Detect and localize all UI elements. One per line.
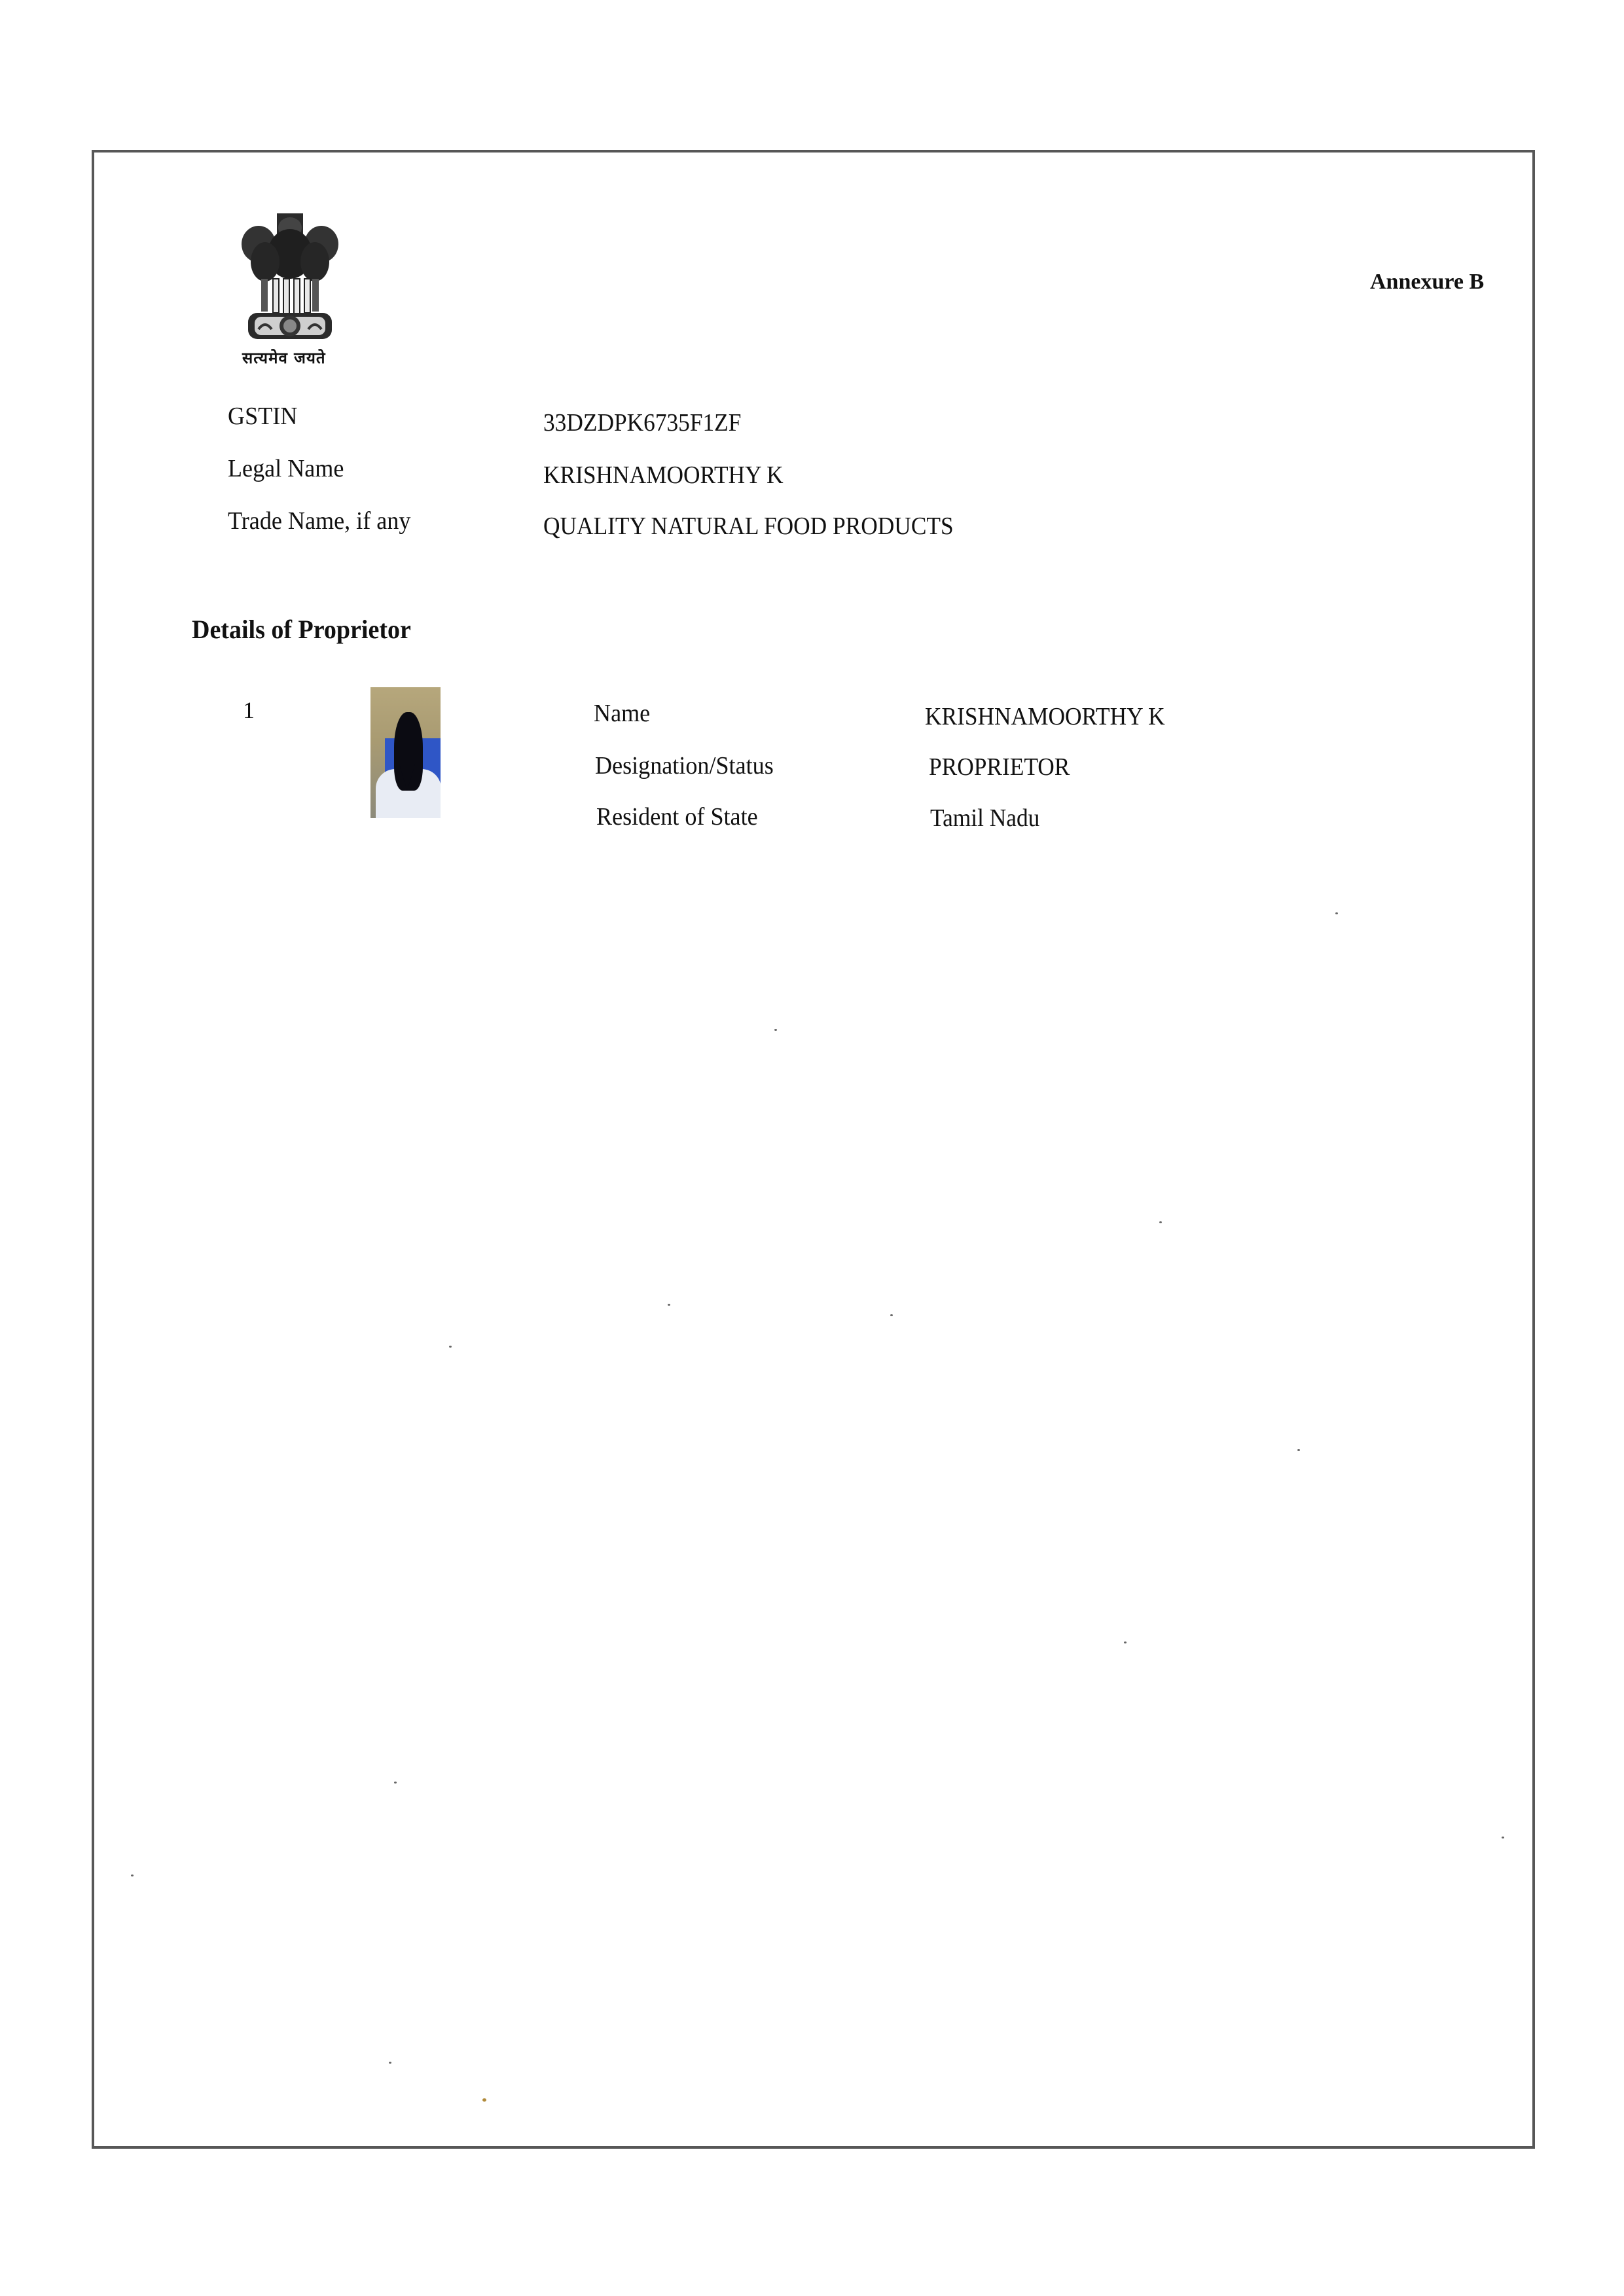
scan-speck	[1297, 1449, 1300, 1451]
emblem-motto: सत्यमेव जयते	[242, 347, 326, 368]
proprietor-name-label: Name	[594, 699, 650, 728]
trade-name-label: Trade Name, if any	[228, 507, 410, 535]
legal-name-label: Legal Name	[228, 454, 344, 483]
trade-name-value: QUALITY NATURAL FOOD PRODUCTS	[543, 512, 954, 541]
scan-speck	[1502, 1837, 1504, 1839]
gstin-value: 33DZDPK6735F1ZF	[543, 408, 741, 437]
scan-speck	[131, 1874, 134, 1876]
designation-value: PROPRIETOR	[929, 753, 1070, 781]
scan-speck	[1335, 912, 1338, 914]
designation-label: Designation/Status	[595, 751, 774, 780]
proprietor-name-value: KRISHNAMOORTHY K	[925, 702, 1165, 731]
national-emblem-icon	[239, 208, 340, 346]
proprietor-number: 1	[243, 696, 255, 724]
scan-speck	[774, 1029, 777, 1031]
resident-state-label: Resident of State	[596, 802, 758, 831]
legal-name-value: KRISHNAMOORTHY K	[543, 461, 784, 490]
proprietor-photo	[370, 687, 441, 818]
scan-speck	[394, 1782, 397, 1784]
resident-state-value: Tamil Nadu	[930, 804, 1039, 833]
annexure-label: Annexure B	[1370, 270, 1484, 295]
scan-speck	[1124, 1641, 1127, 1643]
scan-speck	[890, 1314, 893, 1316]
scan-speck	[449, 1346, 452, 1348]
page-border	[92, 150, 1535, 2149]
scan-speck	[482, 2098, 486, 2102]
scan-speck	[389, 2062, 391, 2064]
section-title-proprietor: Details of Proprietor	[192, 614, 411, 645]
gstin-label: GSTIN	[228, 402, 297, 431]
scan-speck	[668, 1304, 670, 1306]
scan-speck	[1159, 1221, 1162, 1223]
